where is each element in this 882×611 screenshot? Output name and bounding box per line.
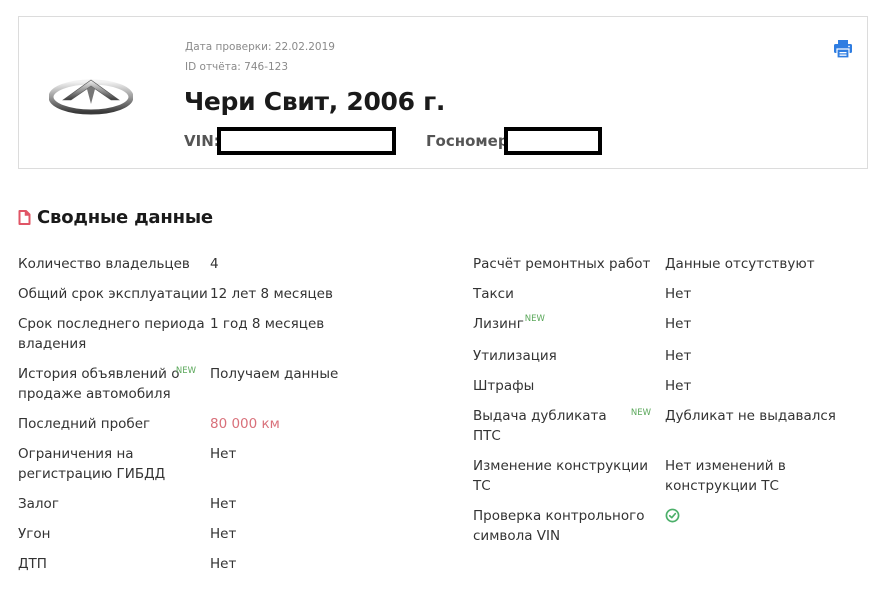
summary-row-label: Залог <box>18 494 210 514</box>
summary-row-label: Штрафы <box>473 376 665 396</box>
plate-label: Госномер: <box>426 132 515 150</box>
summary-row-label: Проверка контрольного символа VIN <box>473 506 665 546</box>
summary-row-label-text: Проверка контрольного символа VIN <box>473 508 645 544</box>
summary-row-value: Нет <box>210 444 236 484</box>
summary-row: ДТПНет <box>18 554 438 574</box>
summary-row: Срок последнего периода владения1 год 8 … <box>18 314 438 354</box>
summary-row-value: Нет <box>210 554 236 574</box>
summary-row-value: Нет <box>665 314 845 336</box>
summary-row: Выдача дубликата ПТСNEWДубликат не выдав… <box>473 406 873 446</box>
summary-row-label: Угон <box>18 524 210 544</box>
plate-redacted-value <box>504 127 602 155</box>
summary-row-label: Выдача дубликата ПТСNEW <box>473 406 665 446</box>
summary-row-value: 1 год 8 месяцев <box>210 314 324 354</box>
summary-row-value: Нет <box>210 524 236 544</box>
car-title: Чери Свит, 2006 г. <box>184 87 445 116</box>
summary-row-label-text: История объявлений о продаже автомобиля <box>18 366 179 402</box>
summary-row-label: Утилизация <box>473 346 665 366</box>
summary-row-value: 12 лет 8 месяцев <box>210 284 333 304</box>
summary-row-label-text: Выдача дубликата ПТС <box>473 408 607 444</box>
summary-row-label: Последний пробег <box>18 414 210 434</box>
chery-logo-icon <box>49 74 133 116</box>
summary-row-label: Расчёт ремонтных работ <box>473 254 665 274</box>
summary-row-value: Дубликат не выдавался <box>665 406 845 446</box>
summary-row-label: ДТП <box>18 554 210 574</box>
summary-row: Расчёт ремонтных работДанные отсутствуют <box>473 254 873 274</box>
summary-row: ШтрафыНет <box>473 376 873 396</box>
summary-row-label-text: Количество владельцев <box>18 256 190 272</box>
summary-row-label: Срок последнего периода владения <box>18 314 210 354</box>
summary-row-label-text: Расчёт ремонтных работ <box>473 256 650 272</box>
summary-row-label: Общий срок эксплуатации <box>18 284 210 304</box>
new-badge: NEW <box>631 403 651 423</box>
summary-row: Количество владельцев4 <box>18 254 438 274</box>
summary-row: Ограничения на регистрацию ГИБДДНет <box>18 444 438 484</box>
summary-row: УгонНет <box>18 524 438 544</box>
identifiers-row: VIN: Госномер: <box>184 127 784 155</box>
summary-row-label-text: Изменение конструкции ТС <box>473 458 648 494</box>
summary-row-value: Нет <box>665 376 845 396</box>
summary-section-header: Сводные данные <box>18 207 213 228</box>
summary-row-label-text: Такси <box>473 286 514 302</box>
summary-row-value <box>665 506 845 546</box>
summary-row: Изменение конструкции ТСНет изменений в … <box>473 456 873 496</box>
summary-row: ТаксиНет <box>473 284 873 304</box>
summary-row-value: Нет <box>665 346 845 366</box>
new-badge: NEW <box>525 314 545 324</box>
summary-row: ЛизингNEWНет <box>473 314 873 336</box>
summary-row-value: Нет <box>665 284 845 304</box>
summary-row-label-text: Угон <box>18 526 50 542</box>
vin-label: VIN: <box>184 132 220 150</box>
summary-row-value: Данные отсутствуют <box>665 254 845 274</box>
summary-row: История объявлений о продаже автомобиляN… <box>18 364 438 404</box>
summary-row-label-text: Залог <box>18 496 59 512</box>
summary-row: Проверка контрольного символа VIN <box>473 506 873 546</box>
summary-row-label: Количество владельцев <box>18 254 210 274</box>
summary-row-value: 80 000 км <box>210 414 280 434</box>
summary-row: УтилизацияНет <box>473 346 873 366</box>
check-circle-icon <box>665 508 680 523</box>
summary-row-label-text: Штрафы <box>473 378 534 394</box>
summary-row-label-text: Ограничения на регистрацию ГИБДД <box>18 446 165 482</box>
summary-row-value: 4 <box>210 254 219 274</box>
summary-row-label-text: ДТП <box>18 556 47 572</box>
summary-row-value: Получаем данные <box>210 364 338 404</box>
summary-row-label-text: Последний пробег <box>18 416 150 432</box>
summary-right-column: Расчёт ремонтных работДанные отсутствуют… <box>473 254 873 556</box>
summary-row-value: Нет <box>210 494 236 514</box>
summary-title: Сводные данные <box>37 207 213 228</box>
report-id: ID отчёта: 746-123 <box>185 61 288 73</box>
summary-row-label: Такси <box>473 284 665 304</box>
summary-row-label: Ограничения на регистрацию ГИБДД <box>18 444 210 484</box>
summary-row-label-text: Лизинг <box>473 316 524 332</box>
summary-row: ЗалогНет <box>18 494 438 514</box>
report-header-card: Дата проверки: 22.02.2019 ID отчёта: 746… <box>18 16 868 169</box>
summary-row-label-text: Срок последнего периода владения <box>18 316 205 352</box>
new-badge: NEW <box>176 361 196 381</box>
summary-row-label: ЛизингNEW <box>473 314 665 336</box>
summary-left-column: Количество владельцев4Общий срок эксплуа… <box>18 254 438 584</box>
summary-row-label-text: Общий срок эксплуатации <box>18 286 208 302</box>
summary-row: Общий срок эксплуатации12 лет 8 месяцев <box>18 284 438 304</box>
summary-row-value: Нет изменений в конструкции ТС <box>665 456 845 496</box>
document-icon <box>18 210 31 225</box>
summary-row-label-text: Утилизация <box>473 348 557 364</box>
summary-row: Последний пробег80 000 км <box>18 414 438 434</box>
summary-row-label: История объявлений о продаже автомобиляN… <box>18 364 210 404</box>
printer-icon[interactable] <box>833 39 853 59</box>
check-date: Дата проверки: 22.02.2019 <box>185 41 335 53</box>
summary-row-label: Изменение конструкции ТС <box>473 456 665 496</box>
vin-redacted-value <box>217 127 396 155</box>
